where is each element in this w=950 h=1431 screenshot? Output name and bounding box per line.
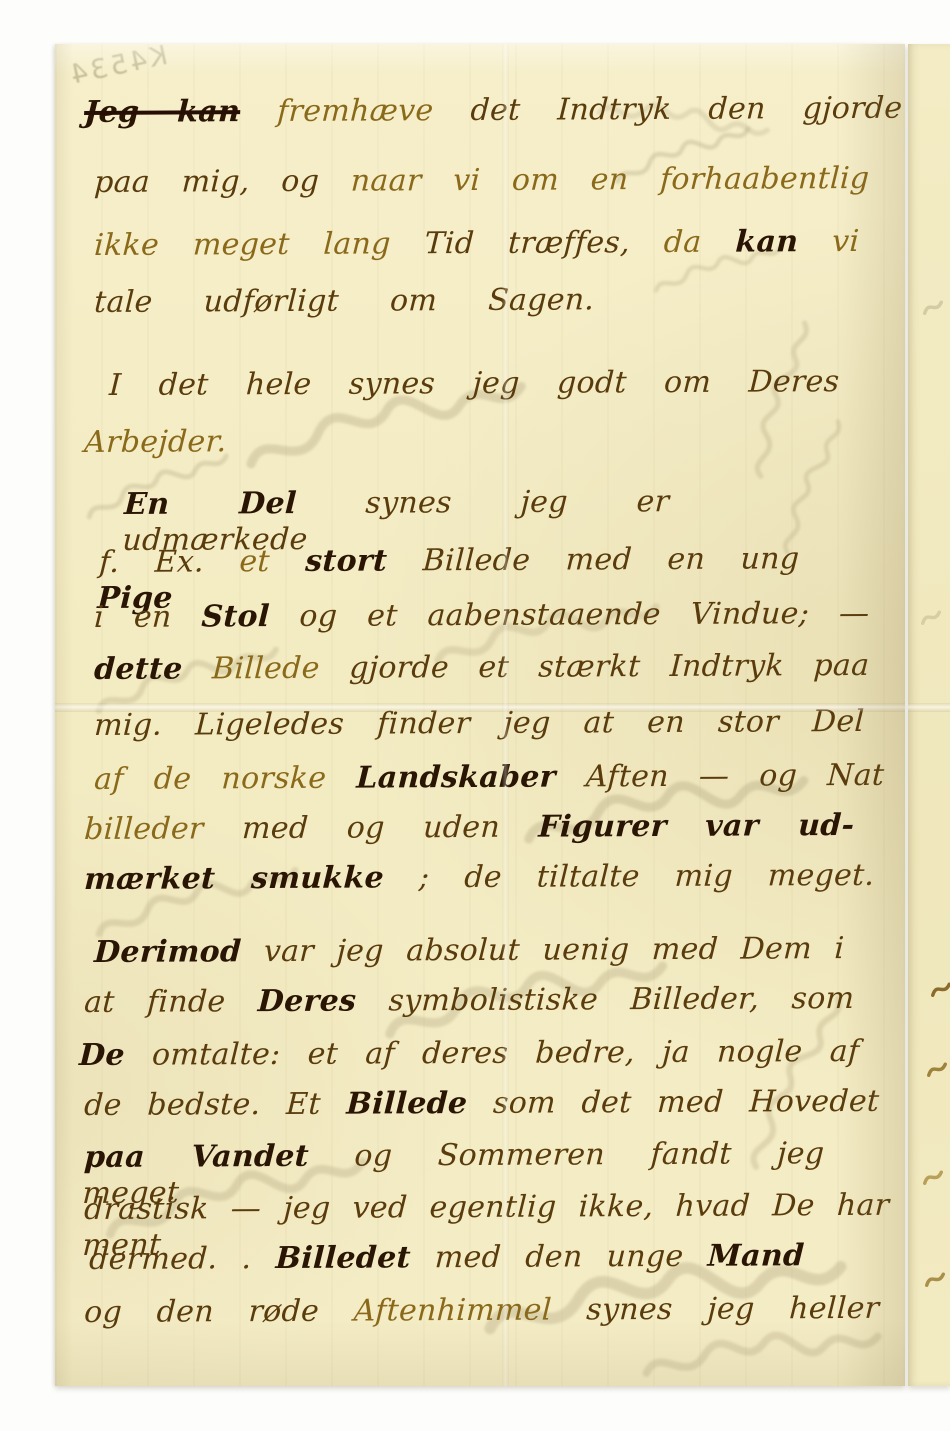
handwriting-segment: naar vi om en forhaabentlig bbox=[350, 161, 870, 199]
handwriting-segment: Figurer bbox=[538, 809, 668, 845]
handwriting-line: at finde Deres symbolistiske Billeder, s… bbox=[83, 981, 855, 1021]
ink-bleedthrough bbox=[922, 1164, 944, 1192]
handwriting-segment: med den unge bbox=[434, 1239, 684, 1275]
handwriting-segment: som det med Hovedet bbox=[492, 1084, 880, 1121]
handwriting-segment: Derimod bbox=[93, 934, 242, 970]
ink-bleedthrough bbox=[922, 294, 944, 322]
letter-page: K4534 Jeg kan fremhæve det Indtryk den g… bbox=[55, 44, 905, 1386]
handwriting-segment: stort bbox=[304, 543, 388, 578]
handwriting-line: i en Stol og et aabenstaaende Vindue; — bbox=[93, 596, 870, 636]
handwriting-segment: vi bbox=[831, 224, 860, 259]
handwriting-line: billeder med og uden Figurer var ud- bbox=[83, 808, 855, 848]
handwriting-line: paa mig, og naar vi om en forhaabentlig bbox=[93, 161, 870, 201]
handwriting-segment: ; de tiltalte mig meget. bbox=[418, 858, 875, 895]
handwriting-segment: En Del bbox=[123, 486, 297, 522]
handwriting-segment: dermed. . bbox=[88, 1241, 252, 1277]
handwriting-line: Arbejder. bbox=[83, 424, 227, 461]
handwriting-segment: omtalte: et af deres bedre, ja nogle af bbox=[151, 1034, 860, 1073]
handwriting-segment: Stol bbox=[201, 599, 271, 634]
handwriting-segment: Landskaber bbox=[356, 760, 557, 796]
ink-bleedthrough bbox=[924, 1266, 946, 1294]
handwriting-segment: Billede bbox=[211, 651, 320, 687]
handwriting-segment: de bedste. Et bbox=[83, 1087, 321, 1123]
ink-bleedthrough bbox=[920, 604, 942, 632]
handwriting-segment: da bbox=[663, 225, 702, 260]
handwriting-line: tale udførligt om Sagen. bbox=[93, 282, 595, 321]
handwriting-segment: mærket smukke bbox=[83, 860, 384, 897]
handwriting-segment: ikke meget lang bbox=[93, 226, 391, 263]
handwriting-segment: i en bbox=[93, 600, 172, 635]
ink-bleedthrough bbox=[926, 1056, 948, 1084]
handwriting-segment: f. Ex. bbox=[98, 544, 205, 580]
handwriting-segment: af de norske bbox=[93, 761, 327, 797]
handwriting-segment: Billede bbox=[346, 1086, 468, 1122]
handwriting-line: dermed. . Billedet med den unge Mand bbox=[88, 1238, 805, 1278]
handwriting-segment: Billedet bbox=[275, 1240, 412, 1276]
handwriting-segment: det Indtryk den gjorde bbox=[470, 91, 903, 128]
handwriting-segment: gjorde et stærkt bbox=[348, 649, 641, 686]
handwriting-line: mig. Ligeledes finder jeg at en stor Del bbox=[93, 704, 865, 744]
handwriting-segment: Billede med en ung bbox=[422, 541, 800, 578]
handwriting-segment: Deres bbox=[257, 984, 357, 1020]
handwriting-line: dette Billede gjorde et stærkt Indtryk p… bbox=[93, 648, 870, 688]
handwriting-segment: Indtryk paa bbox=[669, 648, 870, 684]
handwriting-line: mærket smukke ; de tiltalte mig meget. bbox=[83, 858, 875, 898]
ink-bleedthrough bbox=[930, 976, 950, 1004]
handwriting-line: de bedste. Et Billede som det med Hovede… bbox=[83, 1084, 880, 1124]
handwriting-segment: Aftenhimmel bbox=[353, 1293, 553, 1329]
handwriting-segment: Arbejder. bbox=[83, 424, 227, 460]
handwriting-segment: og den røde bbox=[83, 1294, 320, 1330]
fold-crease bbox=[908, 703, 950, 712]
handwriting-line: af de norske Landskaber Aften — og Nat bbox=[93, 758, 885, 798]
struck-out-words: Jeg kan bbox=[83, 94, 241, 130]
handwriting-line: Jeg kan fremhæve det Indtryk den gjorde bbox=[83, 91, 903, 131]
handwriting-segment: var ud- bbox=[704, 808, 855, 844]
handwriting-line: De omtalte: et af deres bedre, ja nogle … bbox=[78, 1034, 860, 1074]
handwriting-segment: kan bbox=[735, 224, 800, 259]
handwriting-segment: Mand bbox=[707, 1238, 805, 1274]
handwriting-segment: mig. Ligeledes finder jeg at en stor Del bbox=[93, 704, 865, 743]
handwriting-segment: fremhæve bbox=[276, 93, 434, 129]
handwriting-segment: I det hele synes jeg godt om Deres bbox=[108, 364, 840, 403]
handwriting-segment: at finde bbox=[83, 984, 226, 1020]
handwriting-segment: og et aabenstaaende Vindue; — bbox=[299, 596, 871, 634]
handwriting-segment: Tid træffes, bbox=[424, 225, 631, 261]
handwriting-line: ikke meget lang Tid træffes, da kan vi bbox=[93, 224, 860, 264]
handwriting-segment: synes jeg heller bbox=[586, 1291, 881, 1328]
handwriting-segment: billeder bbox=[83, 811, 204, 847]
adjacent-page-edge bbox=[908, 44, 950, 1386]
handwriting-segment: paa mig, og bbox=[93, 164, 320, 200]
handwriting-segment: var jeg absolut uenig med Dem i bbox=[263, 931, 845, 969]
handwriting-segment: Aften — og Nat bbox=[585, 758, 885, 795]
handwriting-layer: Jeg kan fremhæve det Indtryk den gjordep… bbox=[55, 44, 905, 1386]
handwriting-segment: symbolistiske Billeder, som bbox=[388, 981, 855, 1018]
handwriting-segment: De bbox=[78, 1038, 125, 1073]
handwriting-line: Derimod var jeg absolut uenig med Dem i bbox=[93, 931, 845, 971]
handwriting-segment: med og uden bbox=[241, 810, 501, 846]
handwriting-line: og den røde Aftenhimmel synes jeg heller bbox=[83, 1291, 880, 1331]
handwriting-line: I det hele synes jeg godt om Deres bbox=[108, 364, 840, 404]
handwriting-segment: tale udførligt om Sagen. bbox=[93, 282, 595, 320]
handwriting-segment: et bbox=[239, 544, 271, 579]
handwriting-segment: dette bbox=[93, 652, 183, 687]
handwriting-segment: paa Vandet bbox=[83, 1139, 309, 1175]
scan-background: { "scan": { "background_color": "#fdfdfb… bbox=[0, 0, 950, 1431]
